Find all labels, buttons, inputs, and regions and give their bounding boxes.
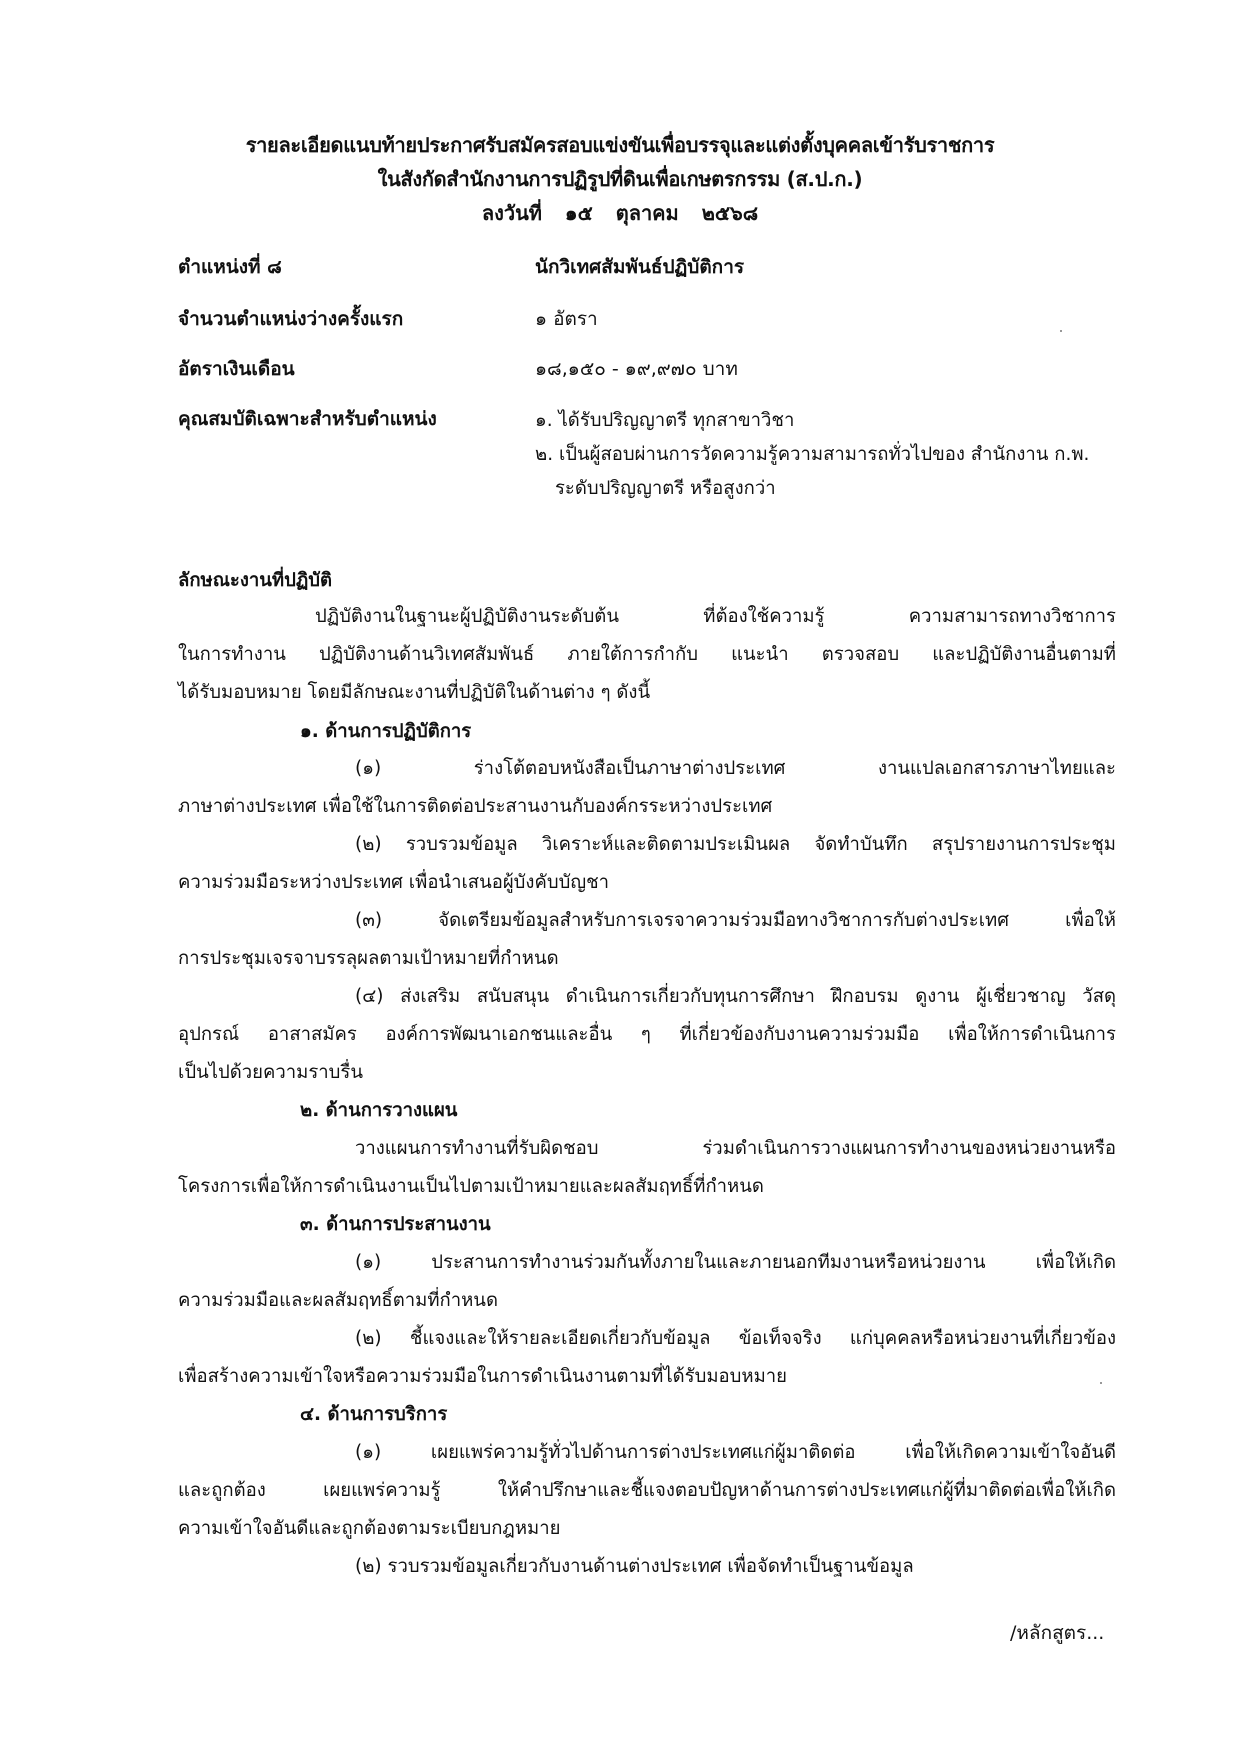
section-4-title: ๔. ด้านการบริการ <box>300 1400 447 1430</box>
job-description-heading: ลักษณะงานที่ปฏิบัติ <box>178 566 332 596</box>
section-3-item-1-line-2: ความร่วมมือและผลสัมฤทธิ์ตามที่กำหนด <box>178 1286 498 1316</box>
intro-line-1: ปฏิบัติงานในฐานะผู้ปฏิบัติงานระดับต้น ที… <box>315 602 1116 632</box>
position-value: นักวิเทศสัมพันธ์ปฏิบัติการ <box>535 252 744 282</box>
section-2-item-1-line-1: วางแผนการทำงานที่รับผิดชอบ ร่วมดำเนินการ… <box>355 1134 1116 1164</box>
qualification-item-2-cont: ระดับปริญญาตรี หรือสูงกว่า <box>535 472 1089 506</box>
section-1-item-4-line-2: อุปกรณ์ อาสาสมัคร องค์การพัฒนาเอกชนและอื… <box>178 1020 1116 1050</box>
salary-value: ๑๘,๑๕๐ - ๑๙,๙๗๐ บาท <box>535 354 738 384</box>
section-3-title: ๓. ด้านการประสานงาน <box>300 1210 491 1240</box>
date-prefix: ลงวันที่ <box>482 201 542 225</box>
section-1-item-2-line-2: ความร่วมมือระหว่างประเทศ เพื่อนำเสนอผู้บ… <box>178 868 609 898</box>
salary-label: อัตราเงินเดือน <box>178 354 295 384</box>
position-label: ตำแหน่งที่ ๘ <box>178 252 282 282</box>
date-month: ตุลาคม <box>616 201 679 225</box>
scan-speck <box>1060 330 1062 332</box>
date-year: ๒๕๖๘ <box>702 201 758 225</box>
section-1-item-4-line-1: (๔) ส่งเสริม สนับสนุน ดำเนินการเกี่ยวกับ… <box>355 982 1116 1012</box>
title-line-1: รายละเอียดแนบท้ายประกาศรับสมัครสอบแข่งขั… <box>0 128 1240 162</box>
announcement-date: ลงวันที่ ๑๕ ตุลาคม ๒๕๖๘ <box>0 196 1240 230</box>
document-page: รายละเอียดแนบท้ายประกาศรับสมัครสอบแข่งขั… <box>0 0 1240 1755</box>
section-1-item-3-line-2: การประชุมเจรจาบรรลุผลตามเป้าหมายที่กำหนด <box>178 944 559 974</box>
section-1-item-1-line-2: ภาษาต่างประเทศ เพื่อใช้ในการติดต่อประสาน… <box>178 792 772 822</box>
document-title: รายละเอียดแนบท้ายประกาศรับสมัครสอบแข่งขั… <box>0 128 1240 230</box>
title-line-2: ในสังกัดสำนักงานการปฏิรูปที่ดินเพื่อเกษต… <box>0 162 1240 196</box>
section-4-item-1-line-1: (๑) เผยแพร่ความรู้ทั่วไปด้านการต่างประเท… <box>355 1438 1116 1468</box>
qualifications-list: ๑. ได้รับปริญญาตรี ทุกสาขาวิชา ๒. เป็นผู… <box>535 404 1089 506</box>
scan-speck <box>1100 1382 1102 1384</box>
section-1-item-1-line-1: (๑) ร่างโต้ตอบหนังสือเป็นภาษาต่างประเทศ … <box>355 754 1116 784</box>
section-1-item-2-line-1: (๒) รวบรวมข้อมูล วิเคราะห์และติดตามประเม… <box>355 830 1116 860</box>
section-3-item-2-line-1: (๒) ชี้แจงและให้รายละเอียดเกี่ยวกับข้อมู… <box>355 1324 1116 1354</box>
section-2-item-1-line-2: โครงการเพื่อให้การดำเนินงานเป็นไปตามเป้า… <box>178 1172 764 1202</box>
section-4-item-1-line-2: และถูกต้อง เผยแพร่ความรู้ ให้คำปรึกษาและ… <box>178 1476 1116 1506</box>
section-3-item-1-line-1: (๑) ประสานการทำงานร่วมกันทั้งภายในและภาย… <box>355 1248 1116 1278</box>
section-4-item-1-line-3: ความเข้าใจอันดีและถูกต้องตามระเบียบกฎหมา… <box>178 1514 560 1544</box>
qualifications-label: คุณสมบัติเฉพาะสำหรับตำแหน่ง <box>178 404 437 434</box>
intro-line-3: ได้รับมอบหมาย โดยมีลักษณะงานที่ปฏิบัติใน… <box>178 678 650 708</box>
scan-speck <box>260 1180 262 1182</box>
date-day: ๑๕ <box>565 201 593 225</box>
section-1-item-4-line-3: เป็นไปด้วยความราบรื่น <box>178 1058 363 1088</box>
intro-line-2: ในการทำงาน ปฏิบัติงานด้านวิเทศสัมพันธ์ ภ… <box>178 640 1116 670</box>
section-3-item-2-line-2: เพื่อสร้างความเข้าใจหรือความร่วมมือในการ… <box>178 1362 787 1392</box>
qualification-item-2: ๒. เป็นผู้สอบผ่านการวัดความรู้ความสามารถ… <box>535 438 1089 472</box>
vacancies-value: ๑ อัตรา <box>535 304 598 334</box>
section-4-item-2-line-1: (๒) รวบรวมข้อมูลเกี่ยวกับงานด้านต่างประเ… <box>355 1552 914 1582</box>
continuation-marker: /หลักสูตร... <box>1010 1618 1104 1648</box>
section-1-item-3-line-1: (๓) จัดเตรียมข้อมูลสำหรับการเจรจาความร่ว… <box>355 906 1116 936</box>
section-2-title: ๒. ด้านการวางแผน <box>300 1096 457 1126</box>
section-1-title: ๑. ด้านการปฏิบัติการ <box>300 717 471 747</box>
vacancies-label: จำนวนตำแหน่งว่างครั้งแรก <box>178 304 403 334</box>
qualification-item-1: ๑. ได้รับปริญญาตรี ทุกสาขาวิชา <box>535 404 1089 438</box>
